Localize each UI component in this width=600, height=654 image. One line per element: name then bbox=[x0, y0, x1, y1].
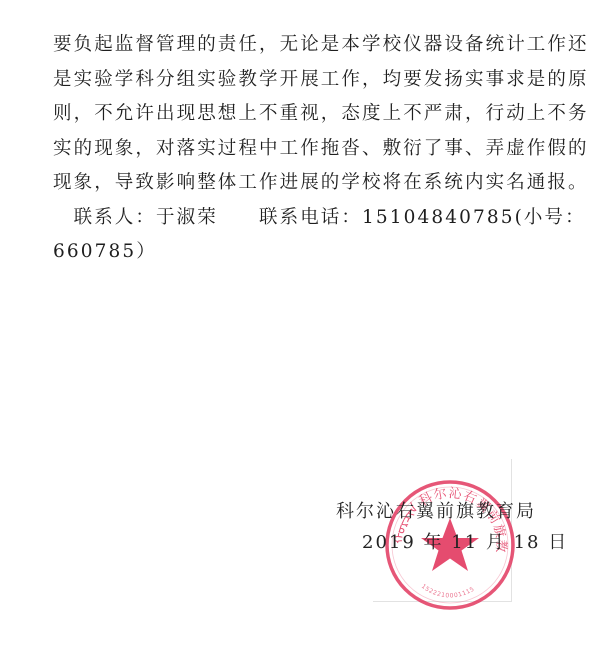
document-body: 要负起监督管理的责任，无论是本学校仪器设备统计工作还 是实验学科分组实验教学开展… bbox=[53, 28, 553, 270]
body-line: 要负起监督管理的责任，无论是本学校仪器设备统计工作还 bbox=[53, 28, 553, 63]
body-line: 实的现象，对落实过程中工作拖沓、敷衍了事、弄虚作假的 bbox=[53, 132, 553, 167]
contact-line-continued: 660785） bbox=[53, 235, 553, 270]
body-line: 是实验学科分组实验教学开展工作，均要发扬实事求是的原 bbox=[53, 63, 553, 98]
issuing-organization: 科尔沁右翼前旗教育局 bbox=[336, 497, 536, 523]
svg-text:1522210001115: 1522210001115 bbox=[420, 583, 476, 599]
body-line: 现象，导致影响整体工作进展的学校将在系统内实名通报。 bbox=[53, 166, 553, 201]
issue-date: 2019 年 11 月 18 日 bbox=[362, 528, 568, 554]
contact-line: 联系人：于淑荣 联系电话：15104840785(小号： bbox=[53, 201, 553, 236]
body-line: 则，不允许出现思想上不重视，态度上不严肃，行动上不务 bbox=[53, 97, 553, 132]
